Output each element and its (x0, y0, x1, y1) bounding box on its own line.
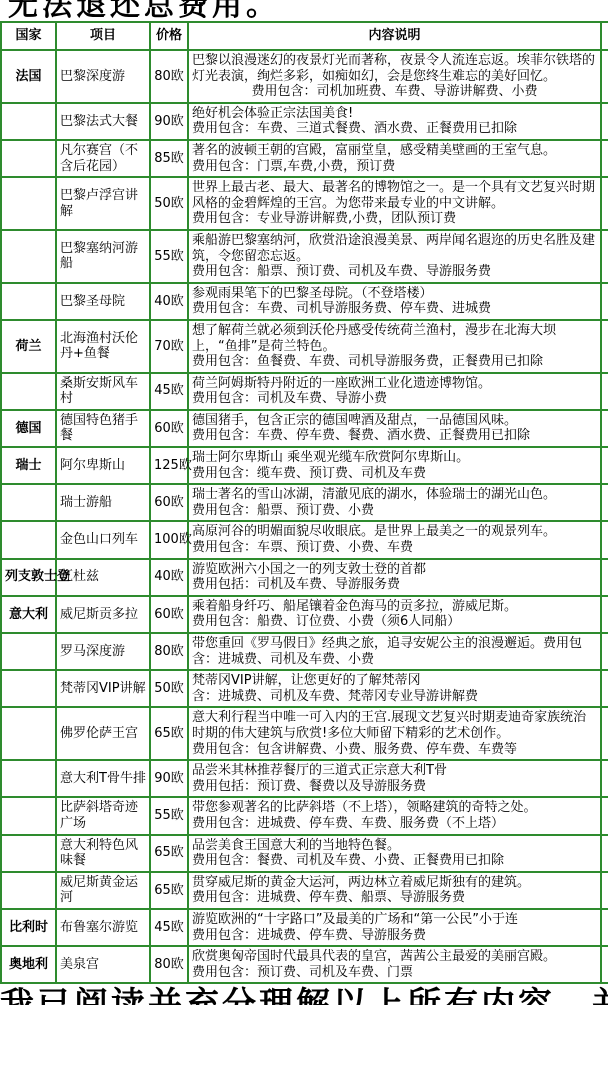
description-text: 带您参观著名的比萨斜塔（不上塔），领略建筑的奇特之处。 (192, 800, 597, 816)
table-row: 比利时布鲁塞尔游览45欧游览欧洲的“十字路口”及最美的广场和“第一公民”小于连费… (1, 909, 608, 946)
description-text: 著名的波顿王朝的宫殿，富丽堂皇，感受精美壁画的王室气息。 (192, 143, 597, 159)
clipped-column-cell (601, 50, 608, 103)
table-row: 法国巴黎深度游80欧巴黎以浪漫迷幻的夜景灯光而著称，夜景令人流连忘返。埃菲尔铁塔… (1, 50, 608, 103)
description-cell: 世界上最古老、最大、最著名的博物馆之一。是一个具有文艺复兴时期风格的金碧辉煌的王… (188, 177, 601, 230)
column-header-item: 项目 (56, 22, 150, 50)
fee-included-text: 费用包含：进城费、停车费、车费、服务费（不上塔） (192, 816, 597, 832)
country-cell: 意大利 (1, 596, 56, 633)
clipped-column-cell (601, 670, 608, 707)
description-text: 乘船游巴黎塞纳河，欣赏沿途浪漫美景、两岸闻名遐迩的历史名胜及建筑，令您留恋忘返。 (192, 233, 597, 264)
clipped-column-cell (601, 484, 608, 521)
fee-included-text: 费用包含：鱼餐费、车费、司机导游服务费，正餐费用已扣除 (192, 354, 597, 370)
document-page: 无法退还总费用。 国家项目价格内容说明 法国巴黎深度游80欧巴黎以浪漫迷幻的夜景… (0, 0, 608, 1080)
description-cell: 游览欧洲的“十字路口”及最美的广场和“第一公民”小于连费用包含：进城费、停车费、… (188, 909, 601, 946)
clipped-column-cell (601, 177, 608, 230)
clipped-column-cell (601, 230, 608, 283)
table-row: 瑞士阿尔卑斯山125欧瑞士阿尔卑斯山 乘坐观光缆车欣赏阿尔卑斯山。费用包含：缆车… (1, 447, 608, 484)
description-text: 巴黎以浪漫迷幻的夜景灯光而著称，夜景令人流连忘返。埃菲尔铁塔的灯光表演，绚烂多彩… (192, 53, 597, 84)
description-cell: 品尝美食王国意大利的当地特色餐。费用包含：餐费、司机及车费、小费、正餐费用已扣除 (188, 835, 601, 872)
table-row: 梵蒂冈VIP讲解50欧梵蒂冈VIP讲解，让您更好的了解梵蒂冈含：进城费、司机及车… (1, 670, 608, 707)
item-cell: 阿尔卑斯山 (56, 447, 150, 484)
description-text: 梵蒂冈VIP讲解，让您更好的了解梵蒂冈 (192, 673, 597, 689)
item-cell: 瑞士游船 (56, 484, 150, 521)
fee-included-text: 费用包含：车费、司机导游服务费、停车费、进城费 (192, 301, 597, 317)
description-text: 欣赏奥匈帝国时代最具代表的皇宫，茜茜公主最爱的美丽宫殿。 (192, 949, 597, 965)
clipped-column-cell (601, 596, 608, 633)
item-cell: 凡尔赛宫（不含后花园） (56, 140, 150, 177)
price-cell: 90欧 (150, 760, 188, 797)
item-cell: 桑斯安斯风车村 (56, 373, 150, 410)
description-cell: 乘着船身纤巧、船尾镶着金色海马的贡多拉，游威尼斯。费用包含：船费、订位费、小费（… (188, 596, 601, 633)
item-cell: 巴黎塞纳河游船 (56, 230, 150, 283)
country-cell: 瑞士 (1, 447, 56, 484)
price-cell: 90欧 (150, 103, 188, 140)
price-cell: 45欧 (150, 909, 188, 946)
table-row: 佛罗伦萨王宫65欧意大利行程当中唯一可入内的王宫.展现文艺复兴时期麦迪奇家族统治… (1, 707, 608, 760)
country-cell (1, 484, 56, 521)
description-cell: 游览欧洲六小国之一的列支敦士登的首都费用包括：司机及车费、导游服务费 (188, 559, 601, 596)
country-cell (1, 177, 56, 230)
price-cell: 60欧 (150, 410, 188, 447)
item-cell: 北海渔村沃伦丹+鱼餐 (56, 320, 150, 373)
description-text: 瑞士著名的雪山冰湖，清澈见底的湖水，体验瑞士的湖光山色。 (192, 487, 597, 503)
item-cell: 布鲁塞尔游览 (56, 909, 150, 946)
table-row: 巴黎法式大餐90欧绝好机会体验正宗法国美食!费用包含：车费、三道式餐费、酒水费、… (1, 103, 608, 140)
fee-included-text: 费用包含：餐费、司机及车费、小费、正餐费用已扣除 (192, 853, 597, 869)
price-cell: 50欧 (150, 670, 188, 707)
description-cell: 贯穿威尼斯的黄金大运河，两边林立着威尼斯独有的建筑。费用包含：进城费、停车费、船… (188, 872, 601, 909)
price-cell: 70欧 (150, 320, 188, 373)
fee-included-text: 费用包括：预订费、餐费以及导游服务费 (192, 779, 597, 795)
price-cell: 65欧 (150, 707, 188, 760)
description-cell: 意大利行程当中唯一可入内的王宫.展现文艺复兴时期麦迪奇家族统治时期的伟大建筑与欣… (188, 707, 601, 760)
country-cell (1, 760, 56, 797)
country-cell (1, 103, 56, 140)
column-header-price: 价格 (150, 22, 188, 50)
price-cell: 60欧 (150, 484, 188, 521)
price-cell: 100欧 (150, 521, 188, 558)
clipped-column-cell (601, 559, 608, 596)
clipped-column-cell (601, 633, 608, 670)
table-row: 巴黎圣母院40欧参观雨果笔下的巴黎圣母院。（不登塔楼）费用包含：车费、司机导游服… (1, 283, 608, 320)
description-text: 品尝米其林推荐餐厅的三道式正宗意大利T骨 (192, 763, 597, 779)
clipped-column-cell (601, 760, 608, 797)
fee-included-text: 费用包含：预订费、司机及车费、门票 (192, 965, 597, 981)
item-cell: 美泉宫 (56, 946, 150, 983)
description-text: 高原河谷的明媚面貌尽收眼底。是世界上最美之一的观景列车。 (192, 524, 597, 540)
description-text: 瑞士阿尔卑斯山 乘坐观光缆车欣赏阿尔卑斯山。 (192, 450, 597, 466)
country-cell: 奥地利 (1, 946, 56, 983)
item-cell: 金色山口列车 (56, 521, 150, 558)
country-cell (1, 283, 56, 320)
clipped-column-cell (601, 521, 608, 558)
description-cell: 绝好机会体验正宗法国美食!费用包含：车费、三道式餐费、酒水费、正餐费用已扣除 (188, 103, 601, 140)
fee-included-text: 费用包含：专业导游讲解费,小费，团队预订费 (192, 211, 597, 227)
country-cell (1, 140, 56, 177)
description-text: 荷兰阿姆斯特丹附近的一座欧洲工业化遗迹博物馆。 (192, 376, 597, 392)
column-header-desc: 内容说明 (188, 22, 601, 50)
country-cell: 德国 (1, 410, 56, 447)
item-cell: 威尼斯黄金运河 (56, 872, 150, 909)
item-cell: 意大利T骨牛排 (56, 760, 150, 797)
bottom-partial-sentence: 我已阅读并充分理解以上所有内容，并愿意在右栏 (0, 985, 608, 1005)
table-row: 比萨斜塔奇迹广场55欧带您参观著名的比萨斜塔（不上塔），领略建筑的奇特之处。费用… (1, 797, 608, 834)
price-cell: 85欧 (150, 140, 188, 177)
description-cell: 瑞士阿尔卑斯山 乘坐观光缆车欣赏阿尔卑斯山。费用包含：缆车费、预订费、司机及车费 (188, 447, 601, 484)
table-header-row: 国家项目价格内容说明 (1, 22, 608, 50)
column-header-country: 国家 (1, 22, 56, 50)
top-partial-sentence: 无法退还总费用。 (0, 0, 608, 21)
table-row: 意大利T骨牛排90欧品尝米其林推荐餐厅的三道式正宗意大利T骨费用包括：预订费、餐… (1, 760, 608, 797)
description-text: 品尝美食王国意大利的当地特色餐。 (192, 838, 597, 854)
item-cell: 威尼斯贡多拉 (56, 596, 150, 633)
clipped-column-cell (601, 835, 608, 872)
item-cell: 巴黎法式大餐 (56, 103, 150, 140)
fee-included-text: 费用包含：门票,车费,小费，预订费 (192, 159, 597, 175)
item-cell: 梵蒂冈VIP讲解 (56, 670, 150, 707)
country-cell (1, 633, 56, 670)
country-cell: 比利时 (1, 909, 56, 946)
price-cell: 40欧 (150, 283, 188, 320)
item-cell: 罗马深度游 (56, 633, 150, 670)
price-cell: 50欧 (150, 177, 188, 230)
clipped-column-cell (601, 320, 608, 373)
column-header-cut (601, 22, 608, 50)
fee-included-text: 费用包含：进城费、停车费、船票、导游服务费 (192, 890, 597, 906)
table-row: 凡尔赛宫（不含后花园）85欧著名的波顿王朝的宫殿，富丽堂皇，感受精美壁画的王室气… (1, 140, 608, 177)
item-cell: 巴黎卢浮宫讲解 (56, 177, 150, 230)
clipped-column-cell (601, 946, 608, 983)
fee-included-text: 费用包括：司机及车费、导游服务费 (192, 577, 597, 593)
description-cell: 著名的波顿王朝的宫殿，富丽堂皇，感受精美壁画的王室气息。费用包含：门票,车费,小… (188, 140, 601, 177)
table-row: 威尼斯黄金运河65欧贯穿威尼斯的黄金大运河，两边林立着威尼斯独有的建筑。费用包含… (1, 872, 608, 909)
description-cell: 带您重回《罗马假日》经典之旅，追寻安妮公主的浪漫邂逅。费用包含：进城费、司机及车… (188, 633, 601, 670)
price-cell: 80欧 (150, 633, 188, 670)
country-cell (1, 670, 56, 707)
clipped-column-cell (601, 283, 608, 320)
country-cell (1, 373, 56, 410)
description-text: 绝好机会体验正宗法国美食! (192, 106, 597, 122)
table-row: 金色山口列车100欧高原河谷的明媚面貌尽收眼底。是世界上最美之一的观景列车。费用… (1, 521, 608, 558)
description-text: 贯穿威尼斯的黄金大运河，两边林立着威尼斯独有的建筑。 (192, 875, 597, 891)
clipped-column-cell (601, 140, 608, 177)
fee-included-text: 费用包含：船票、预订费、小费 (192, 503, 597, 519)
table-row: 巴黎卢浮宫讲解50欧世界上最古老、最大、最著名的博物馆之一。是一个具有文艺复兴时… (1, 177, 608, 230)
description-cell: 乘船游巴黎塞纳河，欣赏沿途浪漫美景、两岸闻名遐迩的历史名胜及建筑，令您留恋忘返。… (188, 230, 601, 283)
fee-included-text: 费用包含：船票、预订费、司机及车费、导游服务费 (192, 264, 597, 280)
description-cell: 巴黎以浪漫迷幻的夜景灯光而著称，夜景令人流连忘返。埃菲尔铁塔的灯光表演，绚烂多彩… (188, 50, 601, 103)
table-row: 桑斯安斯风车村45欧荷兰阿姆斯特丹附近的一座欧洲工业化遗迹博物馆。费用包含：司机… (1, 373, 608, 410)
table-row: 意大利威尼斯贡多拉60欧乘着船身纤巧、船尾镶着金色海马的贡多拉，游威尼斯。费用包… (1, 596, 608, 633)
price-cell: 55欧 (150, 230, 188, 283)
price-cell: 65欧 (150, 835, 188, 872)
country-cell (1, 521, 56, 558)
fee-included-text: 含：进城费、司机及车费、梵蒂冈专业导游讲解费 (192, 689, 597, 705)
clipped-column-cell (601, 797, 608, 834)
fee-included-text: 费用包含：缆车费、预订费、司机及车费 (192, 466, 597, 482)
description-cell: 荷兰阿姆斯特丹附近的一座欧洲工业化遗迹博物馆。费用包含：司机及车费、导游小费 (188, 373, 601, 410)
table-row: 罗马深度游80欧带您重回《罗马假日》经典之旅，追寻安妮公主的浪漫邂逅。费用包含：… (1, 633, 608, 670)
country-cell: 荷兰 (1, 320, 56, 373)
table-row: 意大利特色风味餐65欧品尝美食王国意大利的当地特色餐。费用包含：餐费、司机及车费… (1, 835, 608, 872)
description-cell: 瑞士著名的雪山冰湖，清澈见底的湖水，体验瑞士的湖光山色。费用包含：船票、预订费、… (188, 484, 601, 521)
country-cell: 列支敦士登 (1, 559, 56, 596)
price-cell: 125欧 (150, 447, 188, 484)
description-cell: 德国猪手，包含正宗的德国啤酒及甜点，一品德国风味。费用包含：车费、停车费、餐费、… (188, 410, 601, 447)
item-cell: 巴黎圣母院 (56, 283, 150, 320)
clipped-column-cell (601, 410, 608, 447)
fee-included-text: 费用包含：进城费、停车费、导游服务费 (192, 928, 597, 944)
clipped-column-cell (601, 707, 608, 760)
description-text: 想了解荷兰就必须到沃伦丹感受传统荷兰渔村，漫步在北海大坝上，“鱼排”是荷兰特色。 (192, 323, 597, 354)
clipped-column-cell (601, 103, 608, 140)
description-cell: 高原河谷的明媚面貌尽收眼底。是世界上最美之一的观景列车。费用包含：车票、预订费、… (188, 521, 601, 558)
table-row: 德国德国特色猪手餐60欧德国猪手，包含正宗的德国啤酒及甜点，一品德国风味。费用包… (1, 410, 608, 447)
fee-included-text: 费用包含：车票、预订费、小费、车费 (192, 540, 597, 556)
clipped-column-cell (601, 909, 608, 946)
description-cell: 品尝米其林推荐餐厅的三道式正宗意大利T骨费用包括：预订费、餐费以及导游服务费 (188, 760, 601, 797)
description-text: 参观雨果笔下的巴黎圣母院。（不登塔楼） (192, 286, 597, 302)
top-partial-sentence-text: 无法退还总费用。 (8, 0, 608, 21)
country-cell (1, 797, 56, 834)
item-cell: 意大利特色风味餐 (56, 835, 150, 872)
description-text: 世界上最古老、最大、最著名的博物馆之一。是一个具有文艺复兴时期风格的金碧辉煌的王… (192, 180, 597, 211)
price-cell: 80欧 (150, 946, 188, 983)
fee-included-text: 费用包含：船费、订位费、小费（须6人同船） (192, 614, 597, 630)
country-cell: 法国 (1, 50, 56, 103)
fee-included-text: 费用包含：车费、停车费、餐费、酒水费、正餐费用已扣除 (192, 428, 597, 444)
fee-included-text: 费用包含：司机加班费、车费、导游讲解费、小费 (192, 84, 597, 100)
item-cell: 德国特色猪手餐 (56, 410, 150, 447)
optional-tours-table: 国家项目价格内容说明 法国巴黎深度游80欧巴黎以浪漫迷幻的夜景灯光而著称，夜景令… (0, 21, 608, 984)
price-cell: 55欧 (150, 797, 188, 834)
price-cell: 40欧 (150, 559, 188, 596)
table-row: 瑞士游船60欧瑞士著名的雪山冰湖，清澈见底的湖水，体验瑞士的湖光山色。费用包含：… (1, 484, 608, 521)
description-cell: 带您参观著名的比萨斜塔（不上塔），领略建筑的奇特之处。费用包含：进城费、停车费、… (188, 797, 601, 834)
fee-included-text: 费用包含：车费、三道式餐费、酒水费、正餐费用已扣除 (192, 121, 597, 137)
item-cell: 比萨斜塔奇迹广场 (56, 797, 150, 834)
item-cell: 佛罗伦萨王宫 (56, 707, 150, 760)
description-cell: 参观雨果笔下的巴黎圣母院。（不登塔楼）费用包含：车费、司机导游服务费、停车费、进… (188, 283, 601, 320)
country-cell (1, 707, 56, 760)
table-row: 巴黎塞纳河游船55欧乘船游巴黎塞纳河，欣赏沿途浪漫美景、两岸闻名遐迩的历史名胜及… (1, 230, 608, 283)
description-cell: 欣赏奥匈帝国时代最具代表的皇宫，茜茜公主最爱的美丽宫殿。费用包含：预订费、司机及… (188, 946, 601, 983)
table-row: 列支敦士登瓦杜兹40欧游览欧洲六小国之一的列支敦士登的首都费用包括：司机及车费、… (1, 559, 608, 596)
country-cell (1, 835, 56, 872)
price-cell: 60欧 (150, 596, 188, 633)
item-cell: 巴黎深度游 (56, 50, 150, 103)
price-cell: 45欧 (150, 373, 188, 410)
table-row: 荷兰北海渔村沃伦丹+鱼餐70欧想了解荷兰就必须到沃伦丹感受传统荷兰渔村，漫步在北… (1, 320, 608, 373)
country-cell (1, 872, 56, 909)
clipped-column-cell (601, 373, 608, 410)
fee-included-text: 费用包含：司机及车费、导游小费 (192, 391, 597, 407)
description-text: 游览欧洲的“十字路口”及最美的广场和“第一公民”小于连 (192, 912, 597, 928)
description-text: 游览欧洲六小国之一的列支敦士登的首都 (192, 562, 597, 578)
description-cell: 梵蒂冈VIP讲解，让您更好的了解梵蒂冈含：进城费、司机及车费、梵蒂冈专业导游讲解… (188, 670, 601, 707)
fee-included-text: 费用包含：包含讲解费、小费、服务费、停车费、车费等 (192, 742, 597, 758)
price-cell: 80欧 (150, 50, 188, 103)
description-text: 乘着船身纤巧、船尾镶着金色海马的贡多拉，游威尼斯。 (192, 599, 597, 615)
price-cell: 65欧 (150, 872, 188, 909)
table-row: 奥地利美泉宫80欧欣赏奥匈帝国时代最具代表的皇宫，茜茜公主最爱的美丽宫殿。费用包… (1, 946, 608, 983)
item-cell: 瓦杜兹 (56, 559, 150, 596)
description-text: 意大利行程当中唯一可入内的王宫.展现文艺复兴时期麦迪奇家族统治时期的伟大建筑与欣… (192, 710, 597, 741)
clipped-column-cell (601, 872, 608, 909)
description-text: 德国猪手，包含正宗的德国啤酒及甜点，一品德国风味。 (192, 413, 597, 429)
description-cell: 想了解荷兰就必须到沃伦丹感受传统荷兰渔村，漫步在北海大坝上，“鱼排”是荷兰特色。… (188, 320, 601, 373)
clipped-column-cell (601, 447, 608, 484)
description-text: 带您重回《罗马假日》经典之旅，追寻安妮公主的浪漫邂逅。费用包含：进城费、司机及车… (192, 636, 597, 667)
country-cell (1, 230, 56, 283)
